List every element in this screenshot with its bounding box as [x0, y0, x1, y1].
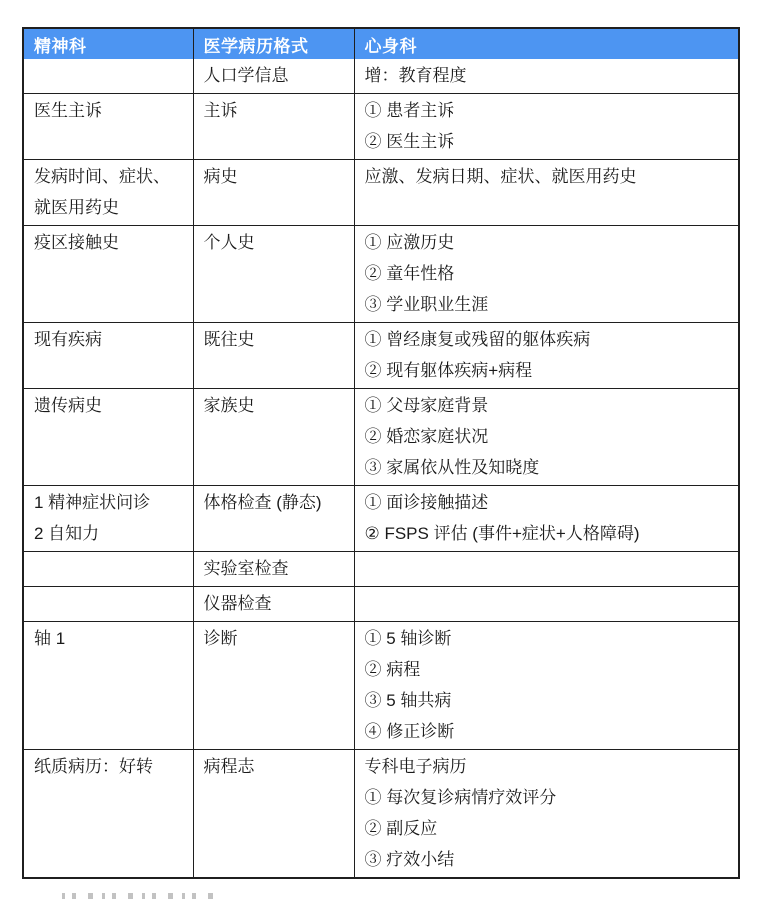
cell-line: 轴 1 — [34, 623, 183, 654]
table-row: 仪器检查 — [23, 587, 739, 622]
cell-psychosomatic: 应激、发病日期、症状、就医用药史 — [354, 160, 739, 226]
cell-line: 专科电子病历 — [365, 751, 729, 782]
cell-line: 纸质病历：好转 — [34, 751, 183, 782]
cell-psychiatry — [23, 59, 193, 94]
cell-line: ③ 学业职业生涯 — [365, 289, 729, 320]
cell-line: ① 应激历史 — [365, 227, 729, 258]
cell-line: 1 精神症状问诊 — [34, 487, 183, 518]
cell-line: ① 曾经康复或残留的躯体疾病 — [365, 324, 729, 355]
cell-psychosomatic — [354, 587, 739, 622]
cell-psychosomatic — [354, 552, 739, 587]
cell-line: 应激、发病日期、症状、就医用药史 — [365, 161, 729, 192]
table-row: 实验室检查 — [23, 552, 739, 587]
cell-medical-record-format: 病程志 — [193, 750, 354, 879]
cell-line: 仪器检查 — [204, 588, 344, 619]
table-header-row: 精神科 医学病历格式 心身科 — [23, 28, 739, 59]
table-row: 疫区接触史个人史① 应激历史② 童年性格③ 学业职业生涯 — [23, 226, 739, 323]
table-row: 遗传病史家族史① 父母家庭背景② 婚恋家庭状况③ 家属依从性及知晓度 — [23, 389, 739, 486]
cell-line: 病程志 — [204, 751, 344, 782]
cell-line: ② 现有躯体疾病+病程 — [365, 355, 729, 386]
cell-line: 实验室检查 — [204, 553, 344, 584]
cell-psychosomatic: ① 5 轴诊断② 病程③ 5 轴共病④ 修正诊断 — [354, 622, 739, 750]
cell-medical-record-format: 病史 — [193, 160, 354, 226]
cell-psychiatry — [23, 587, 193, 622]
cell-medical-record-format: 家族史 — [193, 389, 354, 486]
cell-line: 诊断 — [204, 623, 344, 654]
cell-line: ③ 5 轴共病 — [365, 685, 729, 716]
cell-psychosomatic: 增：教育程度 — [354, 59, 739, 94]
document-page: 精神科 医学病历格式 心身科 人口学信息增：教育程度医生主诉主诉① 患者主诉② … — [0, 0, 761, 899]
cell-line: 人口学信息 — [204, 60, 344, 91]
cell-medical-record-format: 仪器检查 — [193, 587, 354, 622]
cell-psychosomatic: 专科电子病历① 每次复诊病情疗效评分② 副反应③ 疗效小结 — [354, 750, 739, 879]
cell-medical-record-format: 人口学信息 — [193, 59, 354, 94]
cell-line: 就医用药史 — [34, 192, 183, 223]
cell-line: ② FSPS 评估 (事件+症状+人格障碍) — [365, 518, 729, 549]
cell-psychiatry: 现有疾病 — [23, 323, 193, 389]
cell-psychiatry: 纸质病历：好转 — [23, 750, 193, 879]
table-row: 轴 1诊断① 5 轴诊断② 病程③ 5 轴共病④ 修正诊断 — [23, 622, 739, 750]
table-row: 人口学信息增：教育程度 — [23, 59, 739, 94]
cell-line: ③ 疗效小结 — [365, 844, 729, 875]
cell-medical-record-format: 主诉 — [193, 94, 354, 160]
cell-line: ② 副反应 — [365, 813, 729, 844]
cell-medical-record-format: 实验室检查 — [193, 552, 354, 587]
cell-psychosomatic: ① 面诊接触描述② FSPS 评估 (事件+症状+人格障碍) — [354, 486, 739, 552]
table-row: 纸质病历：好转病程志专科电子病历① 每次复诊病情疗效评分② 副反应③ 疗效小结 — [23, 750, 739, 879]
cell-line: ② 病程 — [365, 654, 729, 685]
cell-line: 病史 — [204, 161, 344, 192]
cell-psychiatry: 1 精神症状问诊2 自知力 — [23, 486, 193, 552]
cell-psychosomatic: ① 患者主诉② 医生主诉 — [354, 94, 739, 160]
cell-line: 医生主诉 — [34, 95, 183, 126]
table-row: 1 精神症状问诊2 自知力体格检查 (静态)① 面诊接触描述② FSPS 评估 … — [23, 486, 739, 552]
cell-line: 2 自知力 — [34, 518, 183, 549]
cell-line: 现有疾病 — [34, 324, 183, 355]
cell-medical-record-format: 诊断 — [193, 622, 354, 750]
cell-line: ④ 修正诊断 — [365, 716, 729, 747]
header-col-medical-record-format: 医学病历格式 — [193, 28, 354, 59]
cell-line: ① 面诊接触描述 — [365, 487, 729, 518]
cut-off-caption-fragment — [62, 893, 222, 899]
cell-line: ① 5 轴诊断 — [365, 623, 729, 654]
cell-line: ② 医生主诉 — [365, 126, 729, 157]
table-row: 发病时间、症状、就医用药史病史应激、发病日期、症状、就医用药史 — [23, 160, 739, 226]
cell-line: 体格检查 (静态) — [204, 487, 344, 518]
cell-psychosomatic: ① 曾经康复或残留的躯体疾病② 现有躯体疾病+病程 — [354, 323, 739, 389]
cell-line: 疫区接触史 — [34, 227, 183, 258]
cell-line: 主诉 — [204, 95, 344, 126]
cell-psychosomatic: ① 应激历史② 童年性格③ 学业职业生涯 — [354, 226, 739, 323]
cell-line: ② 婚恋家庭状况 — [365, 421, 729, 452]
cell-line: 遗传病史 — [34, 390, 183, 421]
cell-line: ① 患者主诉 — [365, 95, 729, 126]
cell-line: 增：教育程度 — [365, 60, 729, 91]
cell-psychiatry — [23, 552, 193, 587]
cell-medical-record-format: 既往史 — [193, 323, 354, 389]
cell-psychiatry: 医生主诉 — [23, 94, 193, 160]
cell-line: ② 童年性格 — [365, 258, 729, 289]
header-col-psychiatry: 精神科 — [23, 28, 193, 59]
cell-psychiatry: 遗传病史 — [23, 389, 193, 486]
cell-line: ③ 家属依从性及知晓度 — [365, 452, 729, 483]
cell-psychiatry: 轴 1 — [23, 622, 193, 750]
cell-medical-record-format: 体格检查 (静态) — [193, 486, 354, 552]
cell-psychiatry: 发病时间、症状、就医用药史 — [23, 160, 193, 226]
cell-line: 个人史 — [204, 227, 344, 258]
table-row: 医生主诉主诉① 患者主诉② 医生主诉 — [23, 94, 739, 160]
cell-line: 家族史 — [204, 390, 344, 421]
cell-psychiatry: 疫区接触史 — [23, 226, 193, 323]
comparison-table: 精神科 医学病历格式 心身科 人口学信息增：教育程度医生主诉主诉① 患者主诉② … — [22, 27, 740, 879]
cell-line: ① 每次复诊病情疗效评分 — [365, 782, 729, 813]
cell-line: ① 父母家庭背景 — [365, 390, 729, 421]
cell-line: 既往史 — [204, 324, 344, 355]
cell-line: 发病时间、症状、 — [34, 161, 183, 192]
cell-psychosomatic: ① 父母家庭背景② 婚恋家庭状况③ 家属依从性及知晓度 — [354, 389, 739, 486]
table-row: 现有疾病既往史① 曾经康复或残留的躯体疾病② 现有躯体疾病+病程 — [23, 323, 739, 389]
cell-medical-record-format: 个人史 — [193, 226, 354, 323]
header-col-psychosomatic: 心身科 — [354, 28, 739, 59]
